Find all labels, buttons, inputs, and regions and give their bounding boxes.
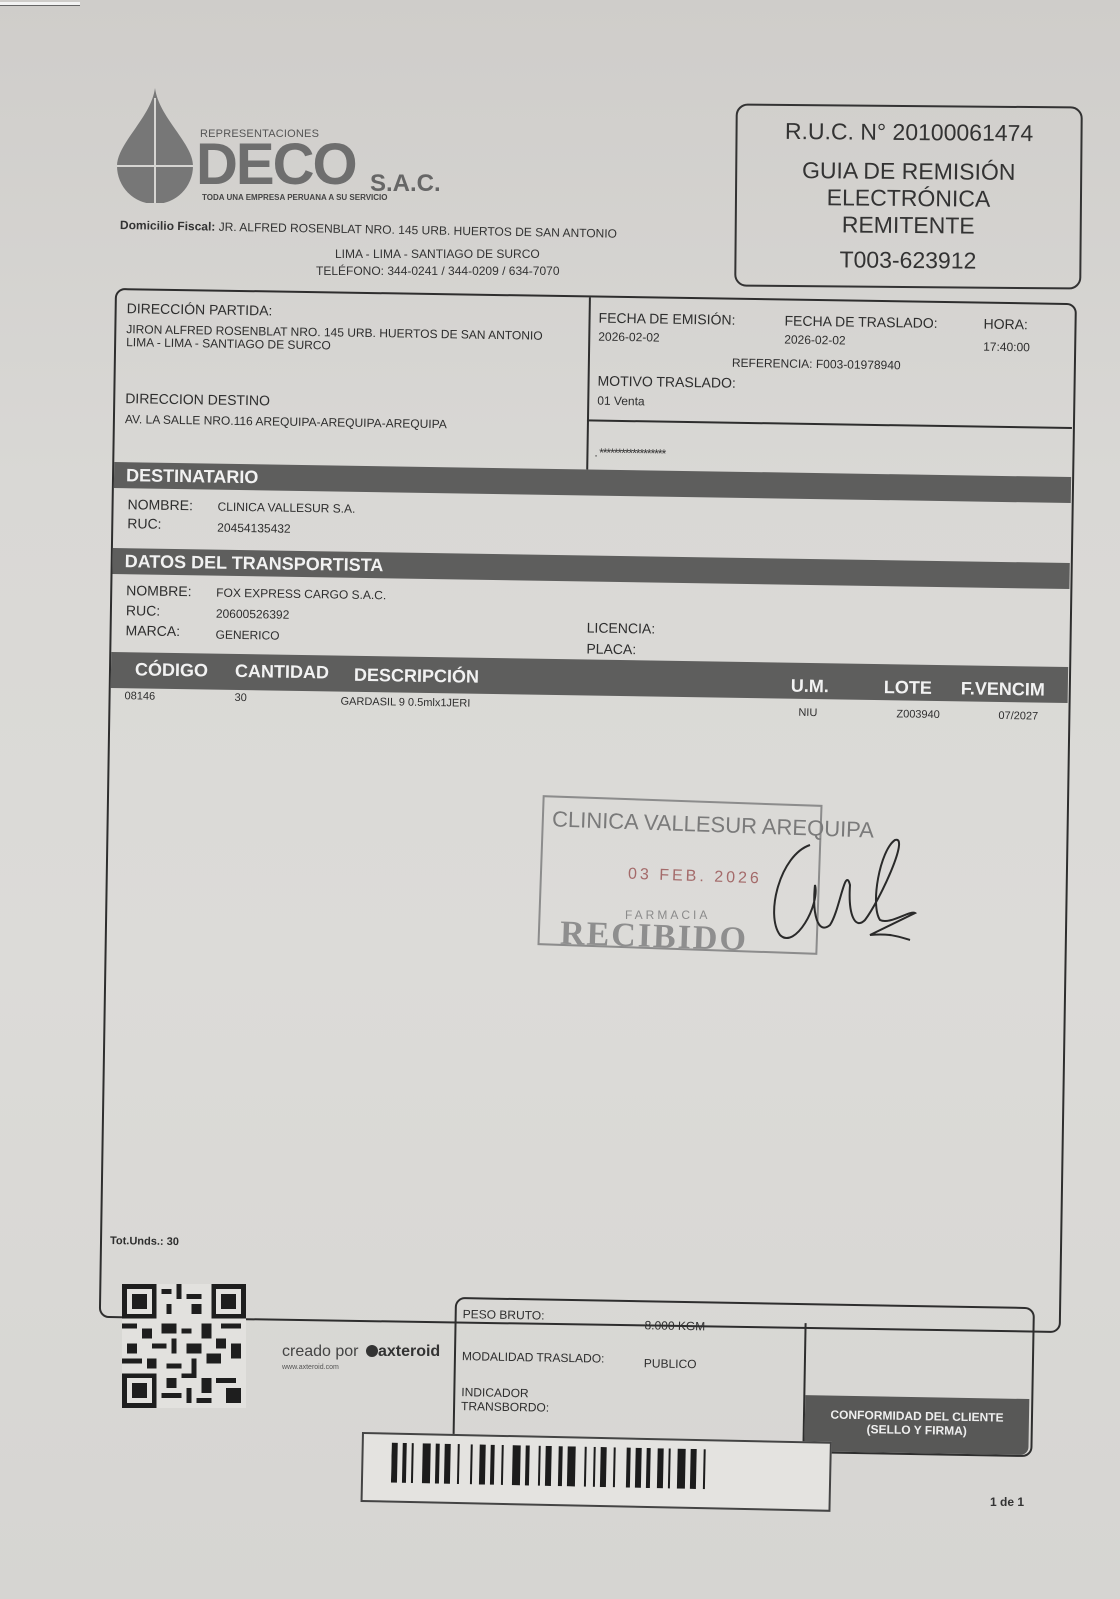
dest-ruc-label: RUC: [127,515,161,532]
page-number: 1 de 1 [990,1495,1024,1509]
cell-descripcion: GARDASIL 9 0.5mlx1JERI [340,696,470,710]
trans-nombre-value: FOX EXPRESS CARGO S.A.C. [216,586,386,603]
divider [586,297,591,469]
referencia: REFERENCIA: F003-01978940 [732,356,901,373]
modalidad-label: MODALIDAD TRASLADO: [462,1349,605,1365]
dest-nombre-label: NOMBRE: [127,496,193,513]
fiscal-line2: LIMA - LIMA - SANTIAGO DE SURCO [335,247,540,261]
motivo-value: 01 Venta [597,394,645,409]
doc-title-line2: ELECTRÓNICA [737,184,1080,214]
cell-cantidad: 30 [234,692,246,704]
trans-ruc-value: 20600526392 [216,607,290,622]
destinatario-header: DESTINATARIO [114,462,1071,503]
shipment-info-box: PESO BRUTO: 8.000 KGM MODALIDAD TRASLADO… [452,1297,1035,1457]
trans-ruc-label: RUC: [126,602,160,619]
hora-value: 17:40:00 [983,340,1030,355]
doc-title-line1: GUIA DE REMISIÓN [737,157,1080,187]
col-um: U.M. [791,673,829,700]
traslado-label: FECHA DE TRASLADO: [784,313,937,331]
divider [587,419,1072,429]
col-cantidad: CANTIDAD [235,658,329,685]
indicador-label-1: INDICADOR [461,1385,529,1400]
emision-value: 2026-02-02 [598,330,660,345]
qr-code-icon [122,1284,246,1408]
col-vencim: F.VENCIM [961,675,1045,702]
modalidad-value: PUBLICO [644,1356,697,1371]
company-tagline: TODA UNA EMPRESA PERUANA A SU SERVICIO [202,193,388,202]
created-by: creado por axteroid [282,1343,440,1361]
doc-number: T003-623912 [736,246,1079,276]
guia-remision-document: REPRESENTACIONES DECO S.A.C. TODA UNA EM… [0,0,1120,1599]
trans-marca-value: GENERICO [215,628,279,643]
company-name: DECO [196,136,356,194]
trans-nombre-label: NOMBRE: [126,582,192,599]
fiscal-line1: JR. ALFRED ROSENBLAT NRO. 145 URB. HUERT… [219,220,618,241]
brand-name: axteroid [378,1343,440,1360]
barcode-frame [361,1432,832,1512]
document-header-box: R.U.C. N° 20100061474 GUIA DE REMISIÓN E… [734,103,1083,289]
barcode-icon [391,1443,832,1492]
fiscal-label: Domicilio Fiscal: [120,218,216,234]
indicador-label-2: TRANSBORDO: [461,1399,549,1415]
destino-value: AV. LA SALLE NRO.116 AREQUIPA-AREQUIPA-A… [125,412,447,431]
licencia-label: LICENCIA: [587,619,656,636]
total-units: Tot.Unds.: 30 [110,1235,179,1248]
placa-label: PLACA: [586,640,636,657]
conformidad-box: CONFORMIDAD DEL CLIENTE (SELLO Y FIRMA) [804,1395,1029,1455]
col-lote: LOTE [884,674,932,701]
dest-nombre-value: CLINICA VALLESUR S.A. [217,500,355,516]
brand-url: www.axteroid.com [282,1364,339,1371]
cell-codigo: 08146 [124,690,155,702]
peso-label: PESO BRUTO: [463,1307,545,1322]
col-codigo: CÓDIGO [135,656,208,683]
traslado-value: 2026-02-02 [784,333,846,348]
masked-field: . ****************** [594,446,665,461]
peso-value: 8.000 KGM [644,1318,705,1333]
transportista-header: DATOS DEL TRANSPORTISTA [113,548,1070,589]
cell-vencim: 07/2027 [998,710,1038,723]
dest-ruc-value: 20454135432 [217,521,291,536]
motivo-label: MOTIVO TRASLADO: [597,373,735,391]
doc-title-line3: REMITENTE [737,211,1080,241]
destino-label: DIRECCION DESTINO [125,390,270,408]
company-phones: TELÉFONO: 344-0241 / 344-0209 / 634-7070 [316,264,560,278]
deco-drop-logo-icon [115,88,195,203]
stamp-status: RECIBIDO [559,915,748,960]
hora-label: HORA: [983,316,1028,333]
trans-marca-label: MARCA: [126,622,181,639]
fiscal-address: Domicilio Fiscal: JR. ALFRED ROSENBLAT N… [120,218,617,241]
axteroid-logo-icon [366,1345,378,1357]
emision-label: FECHA DE EMISIÓN: [598,310,735,328]
signature-icon [760,825,920,955]
partida-line2: LIMA - LIMA - SANTIAGO DE SURCO [126,335,331,352]
paper-edge [0,2,80,6]
partida-label: DIRECCIÓN PARTIDA: [127,300,273,318]
created-by-label: creado por [282,1343,359,1360]
ruc-number: R.U.C. N° 20100061474 [737,118,1080,148]
cell-um: NIU [798,707,817,719]
cell-lote: Z003940 [896,708,940,721]
col-descripcion: DESCRIPCIÓN [354,662,479,690]
